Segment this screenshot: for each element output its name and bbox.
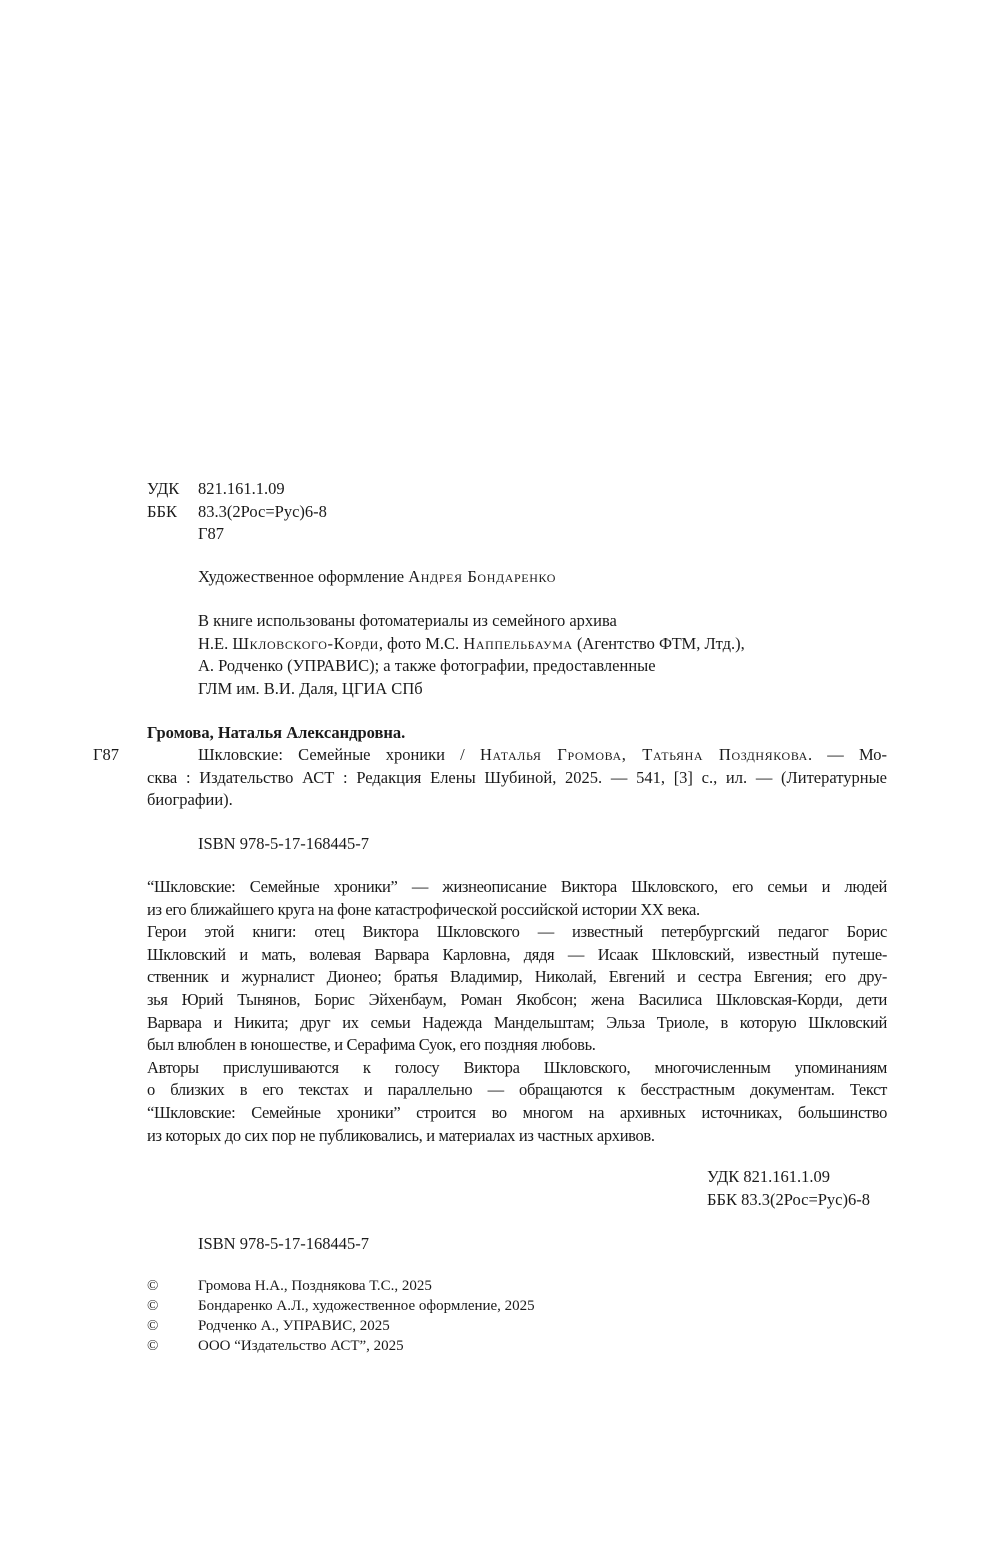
copyright-icon: ©: [147, 1296, 198, 1316]
copyright-item: ©Бондаренко А.Л., художественное оформле…: [147, 1296, 535, 1316]
annotation-line: “Шкловские: Семейные хроники” — жизнеопи…: [147, 876, 887, 899]
bbk-right: ББК 83.3(2Рос=Рус)6-8: [707, 1189, 870, 1212]
catalog-margin-code: Г87: [93, 744, 119, 767]
copyright-item: ©Родченко А., УПРАВИС, 2025: [147, 1316, 535, 1336]
author-mark: Г87: [198, 523, 224, 546]
copyright-item: ©Громова Н.А., Позднякова Т.С., 2025: [147, 1276, 535, 1296]
bbk-row: ББК 83.3(2Рос=Рус)6-8: [147, 501, 327, 524]
annotation-line: “Шкловские: Семейные хроники” строится в…: [147, 1102, 887, 1125]
udk-label: УДК: [147, 478, 198, 501]
annotation-line: был влюблен в юношестве, и Серафима Суок…: [147, 1034, 887, 1057]
annotation-line: зья Юрий Тынянов, Борис Эйхенбаум, Роман…: [147, 989, 887, 1012]
archive-owner-name: Шкловского-Корди: [232, 634, 379, 653]
photo-credit-line: А. Родченко (УПРАВИС); а также фотографи…: [198, 655, 898, 678]
catalog-line: Шкловские: Семейные хроники / Наталья Гр…: [147, 744, 887, 767]
catalog-isbn: ISBN 978-5-17-168445-7: [198, 833, 369, 856]
copyright-text: ООО “Издательство АСТ”, 2025: [198, 1336, 404, 1356]
catalog-line: биографии).: [147, 789, 887, 812]
annotation-line: Варвара и Никита; друг их семьи Надежда …: [147, 1012, 887, 1035]
photographer-name: Наппельбаума: [463, 634, 573, 653]
classification-right: УДК 821.161.1.09 ББК 83.3(2Рос=Рус)6-8: [707, 1166, 870, 1211]
bbk-value: 83.3(2Рос=Рус)6-8: [198, 501, 327, 524]
catalog-author-heading: Громова, Наталья Александровна.: [147, 722, 405, 745]
classification-block: УДК 821.161.1.09 ББК 83.3(2Рос=Рус)6-8 Г…: [147, 478, 327, 546]
udk-row: УДК 821.161.1.09: [147, 478, 327, 501]
annotation-line: о близких в его текстах и параллельно — …: [147, 1079, 887, 1102]
annotation-line: из которых до сих пор не публиковались, …: [147, 1125, 887, 1148]
annotation-line: Герои этой книги: отец Виктора Шкловског…: [147, 921, 887, 944]
copyright-text: Бондаренко А.Л., художественное оформлен…: [198, 1296, 535, 1316]
isbn-bottom: ISBN 978-5-17-168445-7: [198, 1233, 369, 1256]
design-credit-prefix: Художественное оформление: [198, 567, 408, 586]
udk-right: УДК 821.161.1.09: [707, 1166, 870, 1189]
copyright-icon: ©: [147, 1316, 198, 1336]
copyright-text: Родченко А., УПРАВИС, 2025: [198, 1316, 390, 1336]
copyright-icon: ©: [147, 1336, 198, 1356]
copyright-list: ©Громова Н.А., Позднякова Т.С., 2025©Бон…: [147, 1276, 535, 1356]
copyright-icon: ©: [147, 1276, 198, 1296]
design-credit: Художественное оформление Андрея Бондаре…: [198, 566, 556, 589]
author-mark-row: Г87: [147, 523, 327, 546]
annotation-line: Авторы прислушиваются к голосу Виктора Ш…: [147, 1057, 887, 1080]
designer-name: Андрея Бондаренко: [408, 567, 556, 586]
annotation: “Шкловские: Семейные хроники” — жизнеопи…: [147, 876, 887, 1147]
annotation-line: ственник и журналист Дионео; братья Влад…: [147, 966, 887, 989]
annotation-line: Шкловский и мать, волевая Варвара Карлов…: [147, 944, 887, 967]
catalog-description: Шкловские: Семейные хроники / Наталья Гр…: [147, 744, 887, 812]
photo-credit-line: В книге использованы фотоматериалы из се…: [198, 610, 898, 633]
annotation-line: из его ближайшего круга на фоне катастро…: [147, 899, 887, 922]
udk-value: 821.161.1.09: [198, 478, 285, 501]
catalog-line: сква : Издательство АСТ : Редакция Елены…: [147, 767, 887, 790]
photo-credits: В книге использованы фотоматериалы из се…: [198, 610, 898, 700]
photo-credit-line: Н.Е. Шкловского-Корди, фото М.С. Наппель…: [198, 633, 898, 656]
copyright-text: Громова Н.А., Позднякова Т.С., 2025: [198, 1276, 432, 1296]
catalog-authors: Наталья Громова, Татьяна Позднякова: [480, 745, 808, 764]
copyright-item: ©ООО “Издательство АСТ”, 2025: [147, 1336, 535, 1356]
photo-credit-line: ГЛМ им. В.И. Даля, ЦГИА СПб: [198, 678, 898, 701]
bbk-label: ББК: [147, 501, 198, 524]
